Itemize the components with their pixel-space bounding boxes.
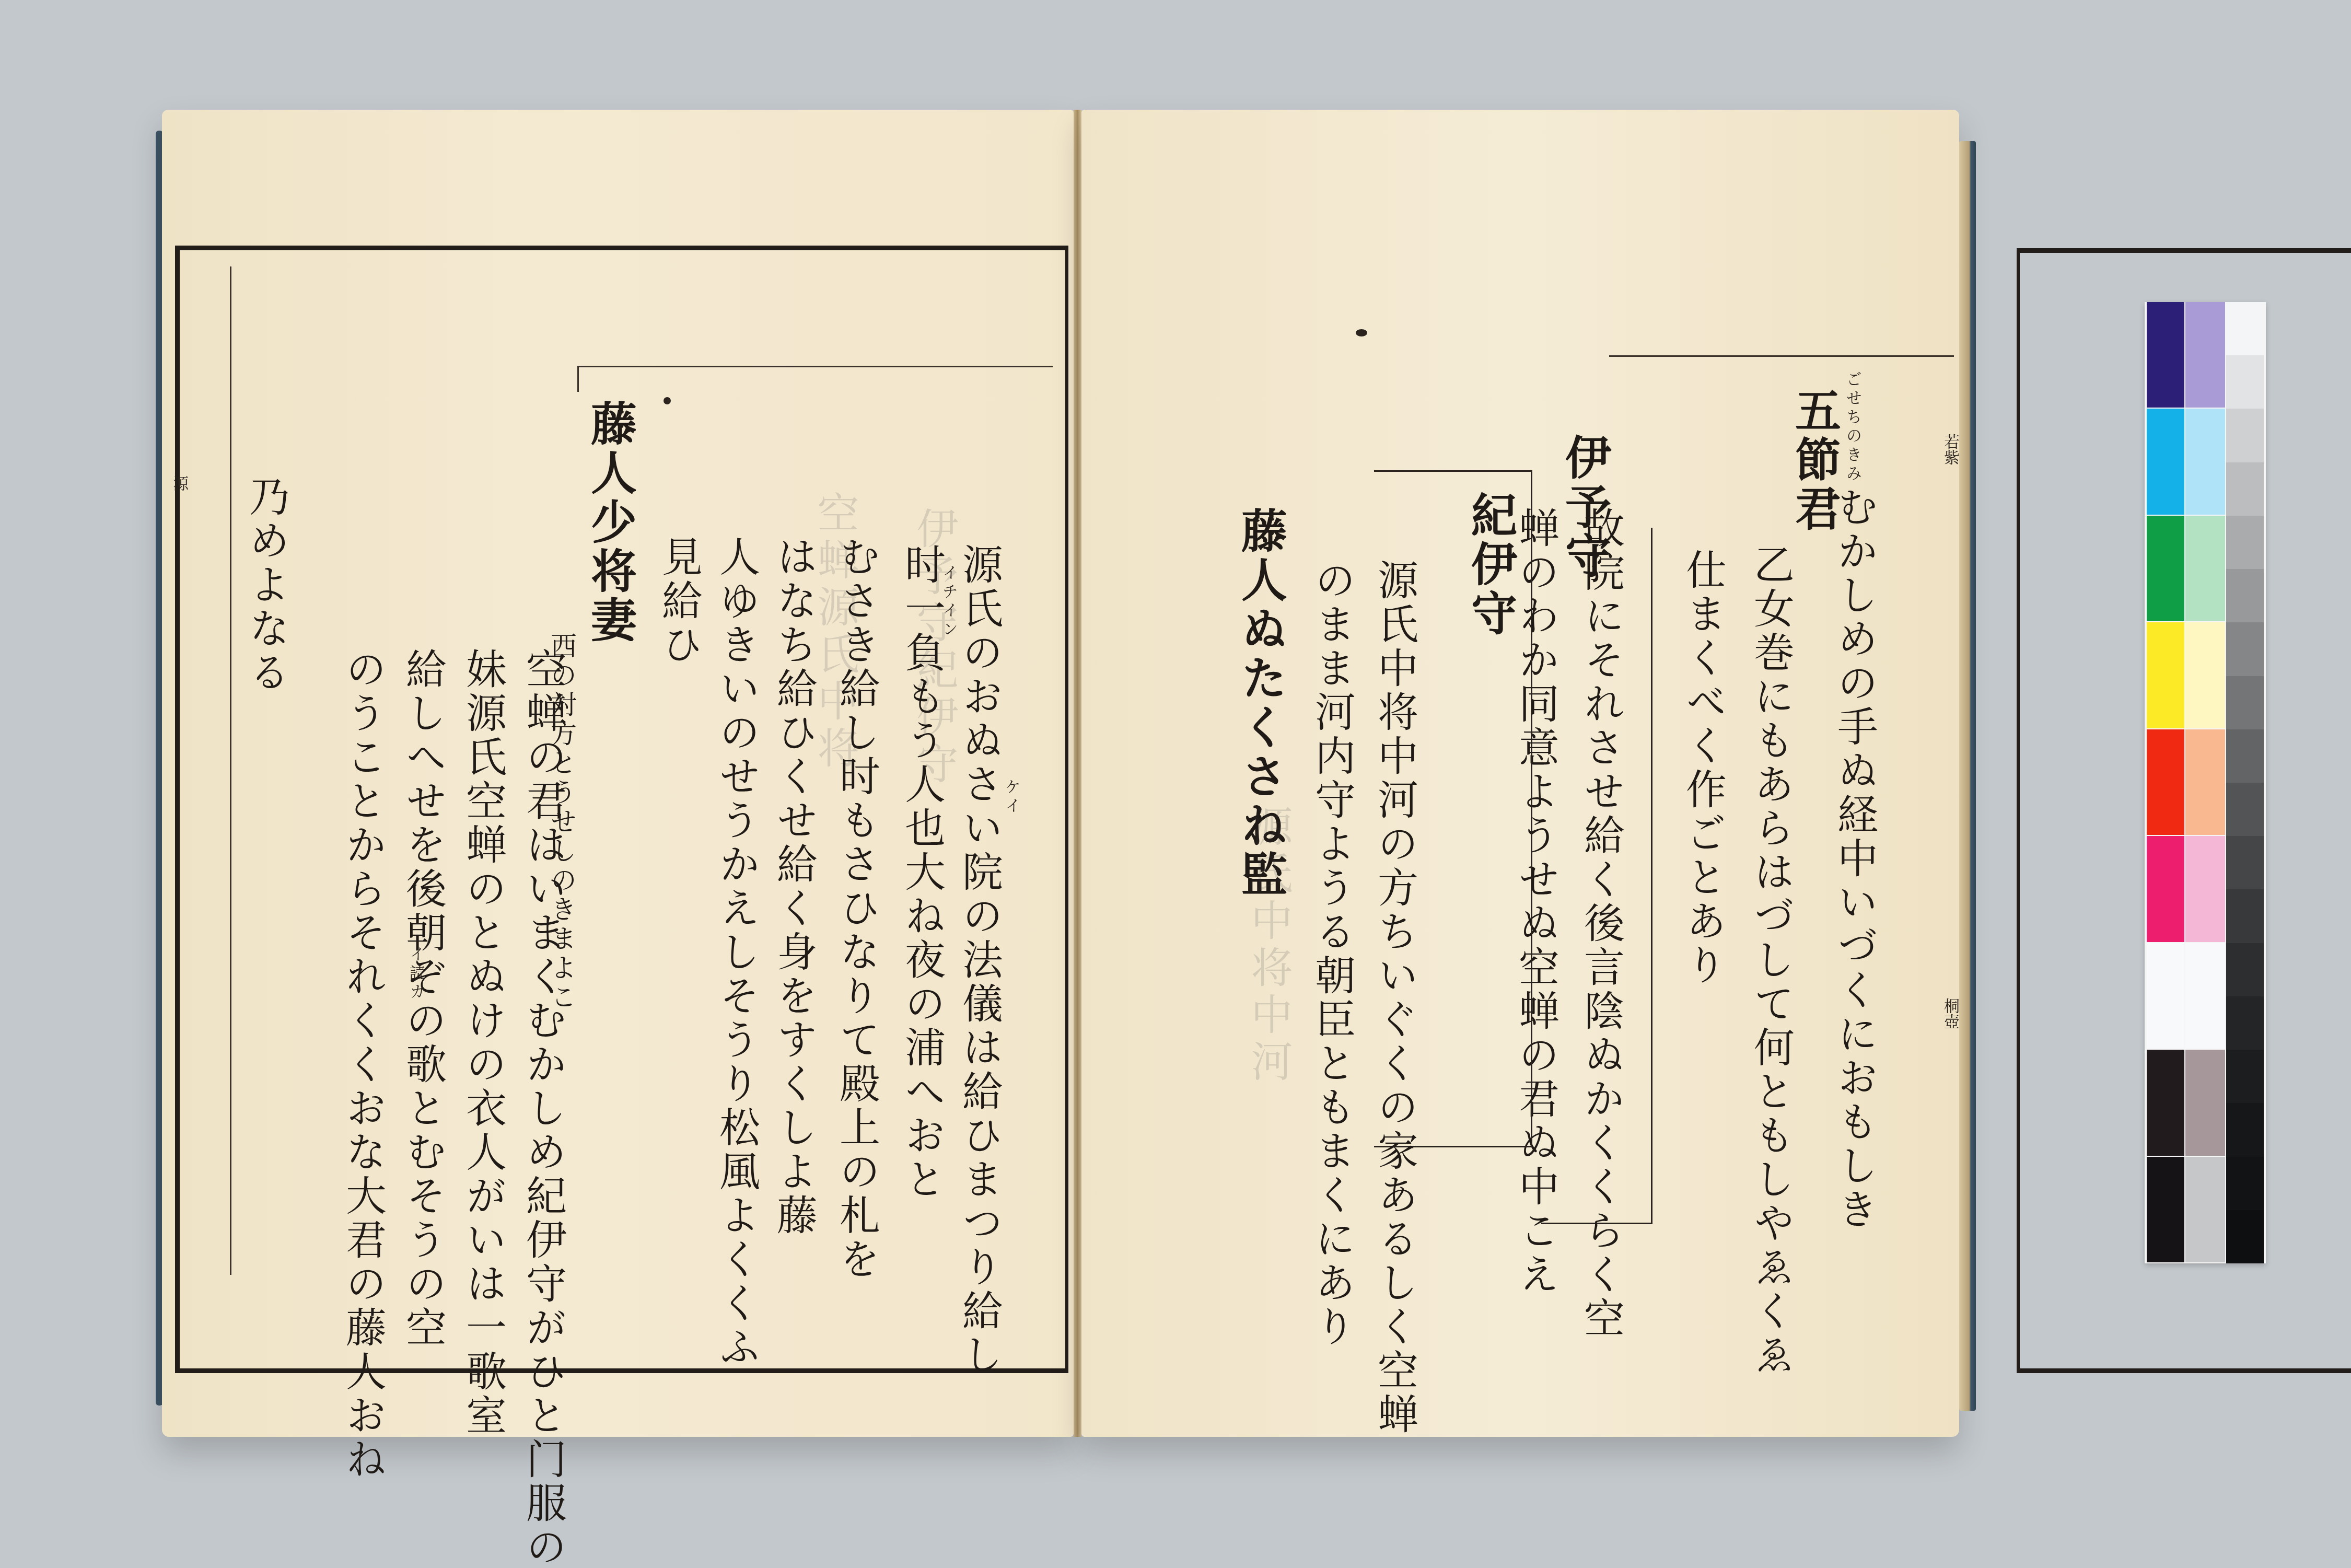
grey-scale-step bbox=[2226, 622, 2264, 676]
text-column: 源氏のおぬさい院の法儀は給ひまつり給し bbox=[959, 543, 999, 1377]
color-patch bbox=[2147, 516, 2184, 621]
right-margin-label-bottom: 桐壺 bbox=[1938, 998, 1961, 1029]
text-column: 乃めよなる bbox=[246, 475, 286, 695]
text-column: のうことからそれくくおな大君の藤人おね bbox=[342, 648, 383, 1482]
section-heading: 藤人少将妻 bbox=[588, 400, 634, 645]
heading-bracket-top bbox=[1609, 355, 1954, 357]
right-margin-label-top: 若紫 bbox=[1938, 434, 1961, 465]
color-patch bbox=[2185, 836, 2225, 942]
left-margin-label: 源 bbox=[167, 475, 190, 491]
grey-scale-step bbox=[2226, 1210, 2264, 1263]
grey-scale-step bbox=[2226, 409, 2264, 462]
heading-ruby: ごせちのきみ bbox=[1844, 371, 1860, 484]
text-column: のまま河内守ようる朝臣ともまくにあり bbox=[1311, 559, 1352, 1349]
grey-scale-step bbox=[2226, 996, 2264, 1050]
color-patch bbox=[2147, 836, 2184, 942]
text-column: 妹源氏空蝉のとぬけの衣人がいは一歌室 bbox=[462, 648, 503, 1438]
grey-scale-step bbox=[2226, 355, 2264, 409]
text-column: 时一負もう人也大ね夜の浦へおと bbox=[901, 543, 942, 1202]
text-column: 故院にそれさせ給く後言陰ぬかくくらく空 bbox=[1580, 507, 1621, 1341]
heading-bracket-top bbox=[577, 366, 1053, 367]
text-column: 見給ひ bbox=[658, 536, 699, 667]
text-column: むかしめの手ぬ経中いづくにおもしき bbox=[1834, 486, 1875, 1232]
color-patch bbox=[2185, 1157, 2225, 1262]
text-column: 源氏中将中河の方ちいぐくの家あるしく空蝉 bbox=[1374, 559, 1415, 1437]
section-marker-dot bbox=[1356, 329, 1367, 336]
grey-scale-step bbox=[2226, 1157, 2264, 1210]
color-patch bbox=[2185, 409, 2225, 514]
ruby-annotation: ケイ bbox=[1003, 779, 1019, 816]
grey-scale-step bbox=[2226, 889, 2264, 943]
open-book: 源 空蝉源氏中将 伊予守紀伊守 源氏のおぬさい院の法儀は給ひまつり給し ケイ 时… bbox=[162, 110, 1975, 1437]
text-column: むさき給し时もさひなりて殿上の札を bbox=[836, 536, 877, 1282]
left-page: 源 空蝉源氏中将 伊予守紀伊守 源氏のおぬさい院の法儀は給ひまつり給し ケイ 时… bbox=[162, 110, 1074, 1437]
color-calibration-target bbox=[2145, 302, 2266, 1263]
color-patch bbox=[2147, 1157, 2184, 1262]
color-patch bbox=[2147, 729, 2184, 835]
text-column: 人ゆきいのせうかえしそうり松風よくくふ bbox=[716, 536, 756, 1369]
ruby-annotation: イチイン bbox=[940, 564, 956, 640]
text-column: 乙女巻にもあらはづして何ともしやゑくゑ bbox=[1750, 543, 1791, 1377]
color-patch bbox=[2147, 943, 2184, 1049]
heading-bracket-side bbox=[577, 366, 579, 392]
left-inner-rule bbox=[230, 266, 231, 1275]
section-marker-dot bbox=[664, 397, 671, 404]
grey-scale-step bbox=[2226, 729, 2264, 783]
grey-scale-step bbox=[2226, 1050, 2264, 1103]
grey-scale-step bbox=[2226, 943, 2264, 996]
color-patch bbox=[2185, 1050, 2225, 1155]
text-column: 仕まくべく作ごとあり bbox=[1682, 549, 1723, 988]
text-column: はなち給ひくせ給く身をすくしよ藤 bbox=[773, 536, 814, 1238]
section-heading: 紀伊守 bbox=[1468, 491, 1514, 638]
color-patch bbox=[2185, 622, 2225, 728]
grey-scale-step bbox=[2226, 1103, 2264, 1156]
grey-scale-step bbox=[2226, 676, 2264, 729]
right-page: 若紫 桐壺 ごせちのきみ 五節君 むかしめの手ぬ経中いづくにおもしき 乙女巻にも… bbox=[1081, 110, 1959, 1437]
ruby-annotation: イ読カ bbox=[408, 946, 423, 1002]
color-patch bbox=[2147, 409, 2184, 514]
grey-scale-step bbox=[2226, 569, 2264, 622]
color-patch bbox=[2147, 1050, 2184, 1155]
color-patch bbox=[2185, 516, 2225, 621]
color-patch bbox=[2185, 302, 2225, 408]
grey-scale-step bbox=[2226, 783, 2264, 836]
text-column: 空蝉の君はいまくむかしめ紀伊守がひと门服の bbox=[522, 648, 563, 1568]
grey-scale-step bbox=[2226, 302, 2264, 355]
book-cover-edge-right bbox=[1959, 141, 1976, 1411]
grey-scale-step bbox=[2226, 462, 2264, 516]
book-gutter bbox=[1074, 110, 1081, 1437]
color-patch bbox=[2147, 622, 2184, 728]
color-patch bbox=[2147, 302, 2184, 408]
grey-scale-step bbox=[2226, 836, 2264, 889]
color-patch bbox=[2185, 943, 2225, 1049]
show-through-text: 源氏中将中河 bbox=[1238, 805, 1298, 1087]
grey-scale-step bbox=[2226, 516, 2264, 569]
color-patch bbox=[2185, 729, 2225, 835]
